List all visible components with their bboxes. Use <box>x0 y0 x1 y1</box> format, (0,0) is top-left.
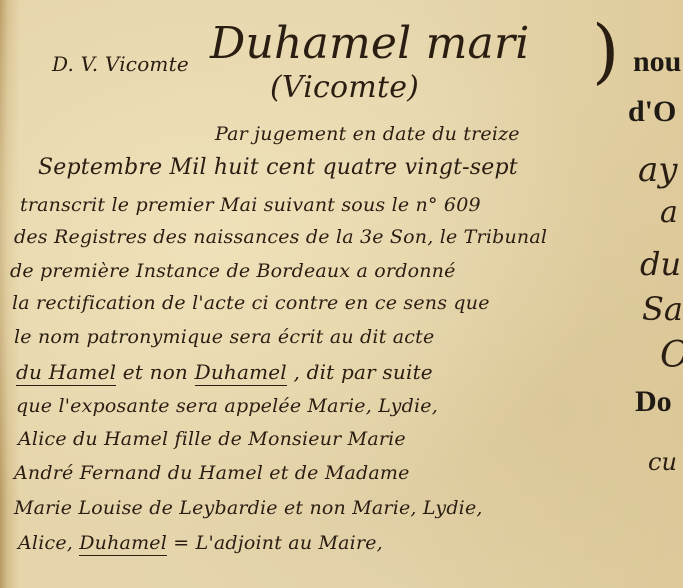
et-non-text: et non <box>123 360 195 384</box>
right-fragment-du: du <box>640 245 681 283</box>
body-line-2: Septembre Mil huit cent quatre vingt-sep… <box>38 155 518 180</box>
alice-text: Alice, <box>18 532 79 554</box>
margin-note: D. V. Vicomte <box>52 52 189 76</box>
right-fragment-a: a <box>660 195 678 230</box>
right-fragment-o: O <box>660 335 683 376</box>
body-line-13: Alice, Duhamel = L'adjoint au Maire, <box>18 532 383 554</box>
body-line-1: Par jugement en date du treize <box>215 123 520 145</box>
body-line-3: transcrit le premier Mai suivant sous le… <box>20 194 481 216</box>
document-title-name: Duhamel mari <box>210 18 529 69</box>
body-line-10: Alice du Hamel fille de Monsieur Marie <box>18 428 406 450</box>
underlined-duhamel: Duhamel <box>195 360 287 386</box>
body-line-12: Marie Louise de Leybardie et non Marie, … <box>14 497 483 519</box>
closing-bracket: ) <box>592 10 620 92</box>
body-line-7: le nom patronymique sera écrit au dit ac… <box>14 326 434 348</box>
subtitle-text: (Vicomte) <box>270 70 419 105</box>
body-line-11: André Fernand du Hamel et de Madame <box>14 462 410 484</box>
adjoint-signature: = L'adjoint au Maire, <box>173 532 383 554</box>
right-fragment-ay: ay <box>638 150 677 190</box>
body-line-2-text: Septembre Mil huit cent quatre vingt-sep… <box>38 155 518 180</box>
right-fragment-sa: Sa <box>642 290 683 328</box>
dit-par-suite-text: , dit par suite <box>293 360 432 384</box>
right-fragment-cu: cu <box>648 448 677 476</box>
document-subtitle: (Vicomte) <box>270 70 419 105</box>
printed-text-do2: Do <box>635 385 672 419</box>
underlined-du-hamel: du Hamel <box>16 360 116 386</box>
body-line-4: des Registres des naissances de la 3e So… <box>14 226 547 248</box>
body-line-9: que l'exposante sera appelée Marie, Lydi… <box>16 395 438 417</box>
body-line-6: la rectification de l'acte ci contre en … <box>12 292 490 314</box>
document-page: D. V. Vicomte Duhamel mari (Vicomte) ) P… <box>0 0 683 588</box>
underlined-duhamel-final: Duhamel <box>79 532 167 556</box>
body-line-5: de première Instance de Bordeaux a ordon… <box>10 260 456 282</box>
printed-text-nou: nou <box>633 45 681 79</box>
printed-text-do: d'O <box>628 95 676 129</box>
body-line-8: du Hamel et non Duhamel , dit par suite <box>16 360 433 384</box>
